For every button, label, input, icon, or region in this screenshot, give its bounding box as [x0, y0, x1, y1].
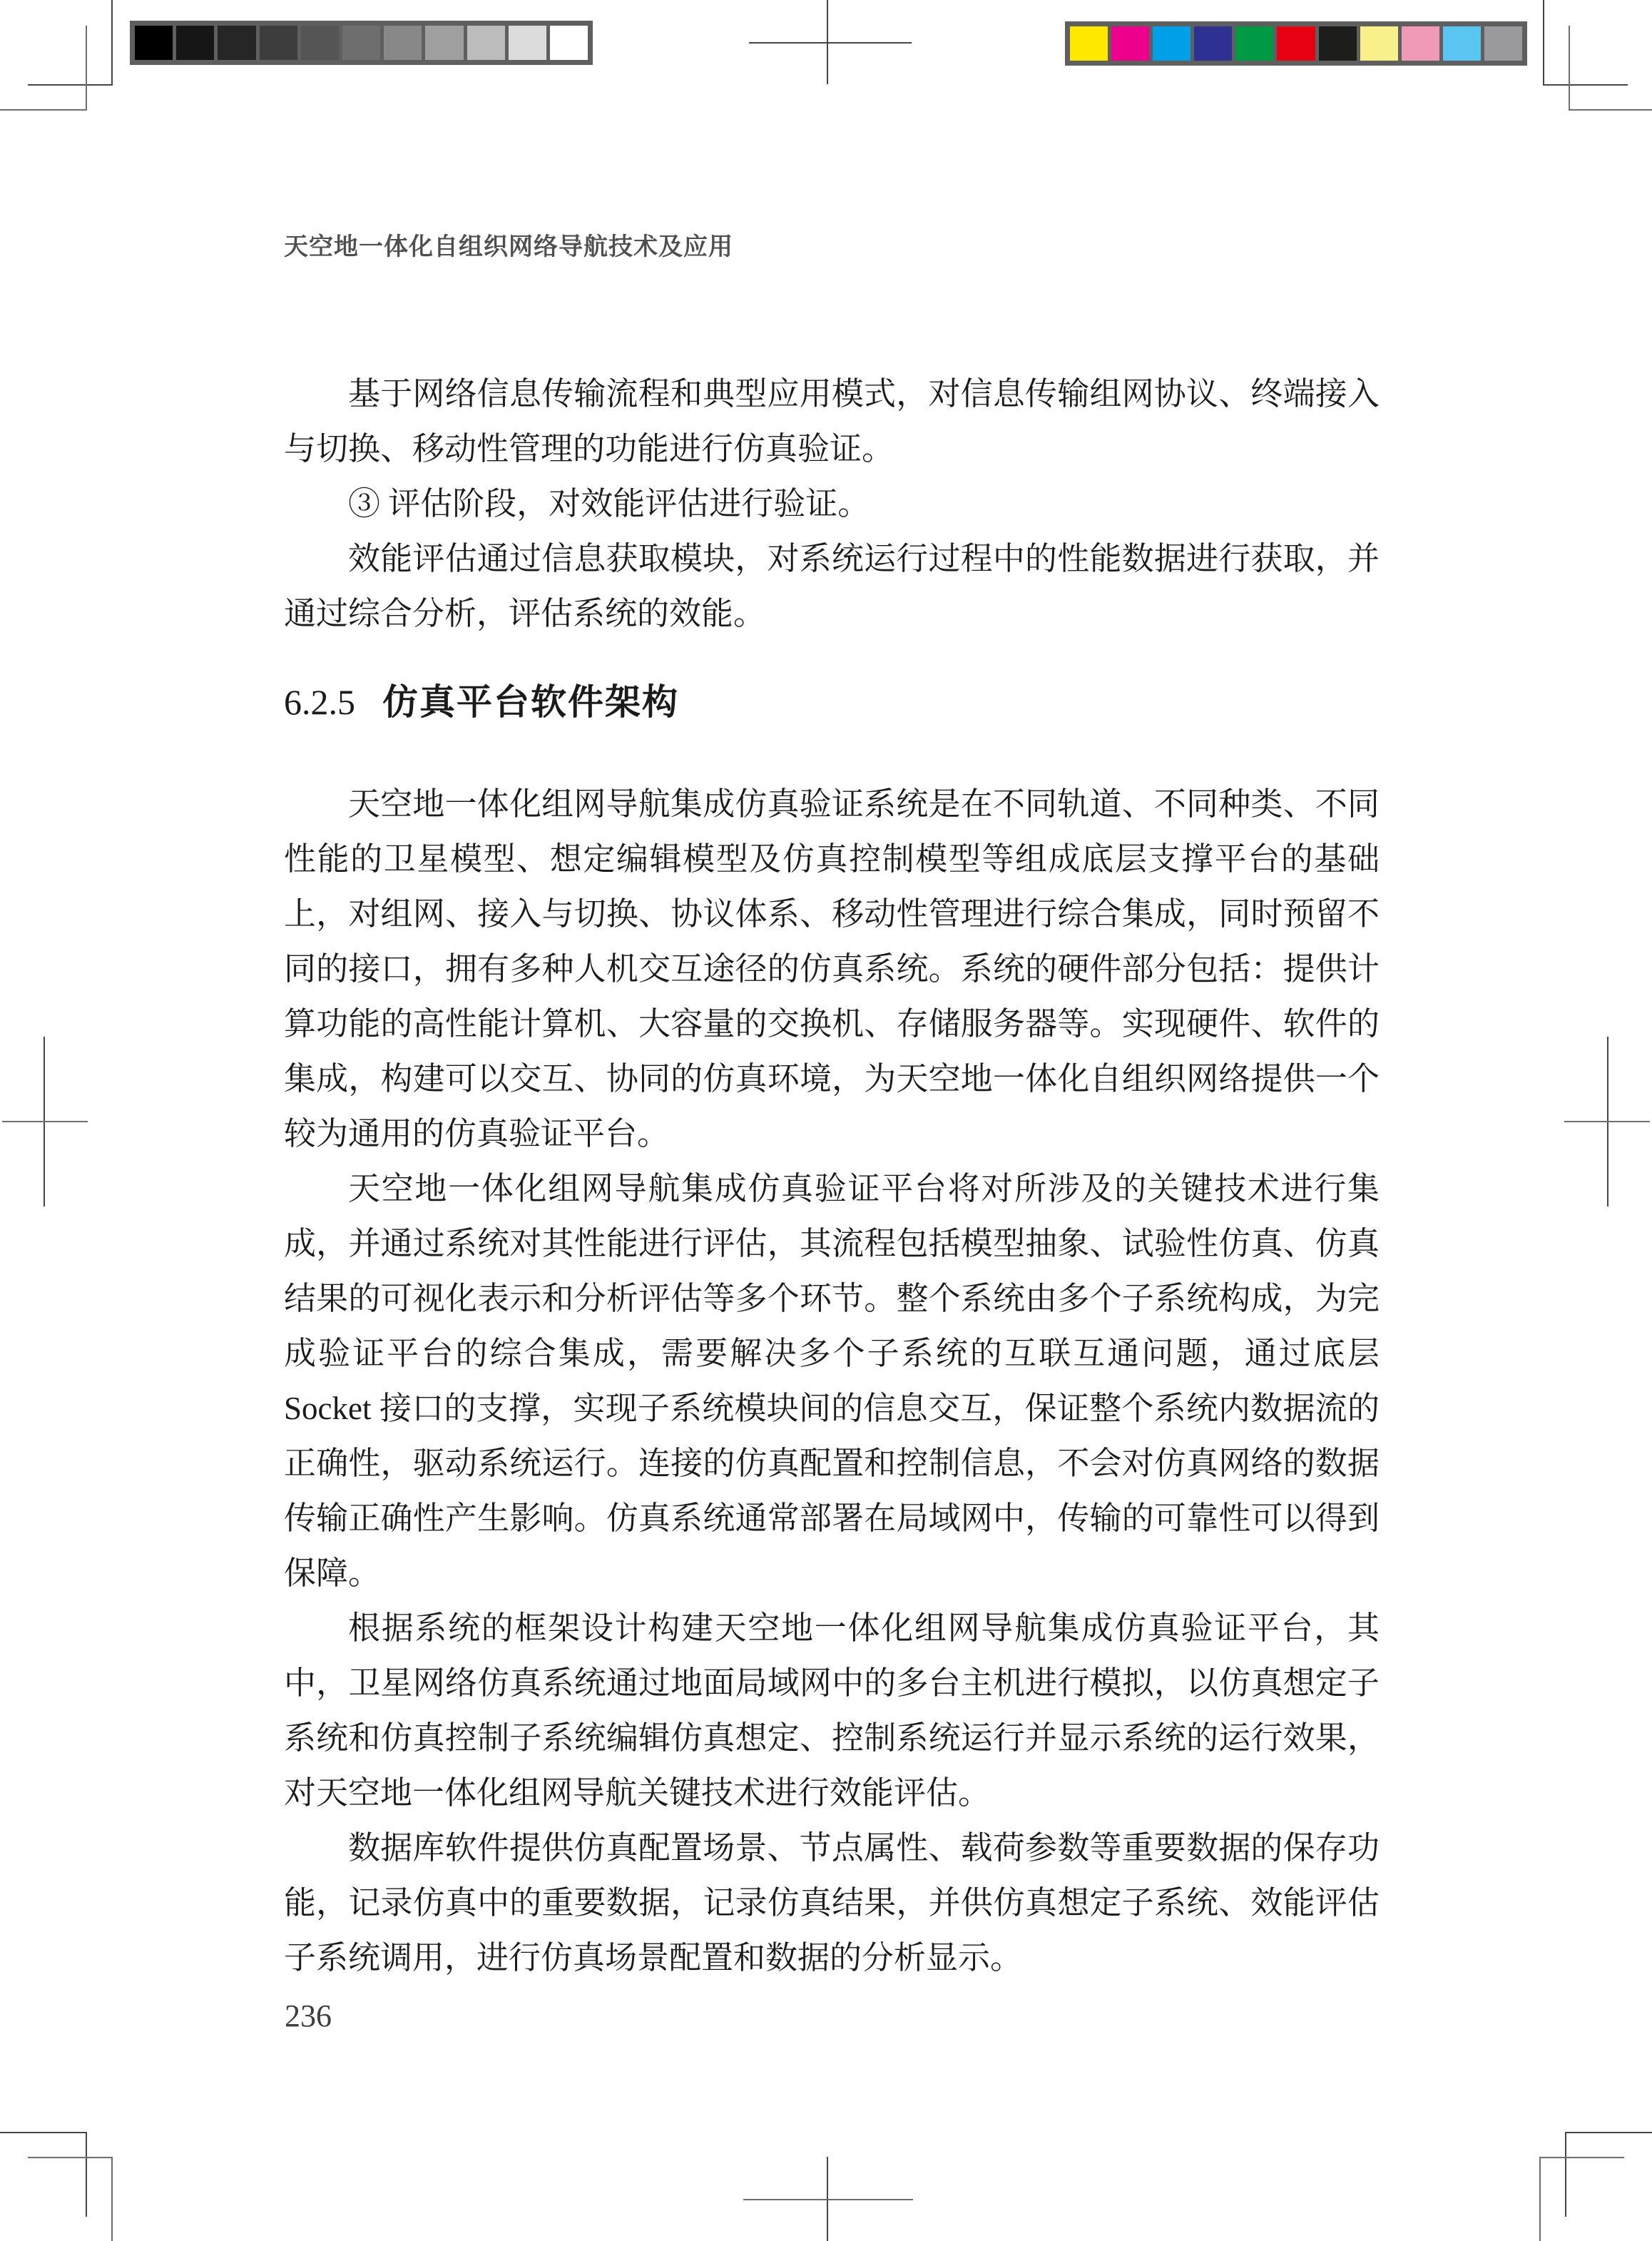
crop-mark — [86, 2132, 87, 2217]
color-swatch — [1070, 26, 1108, 61]
registration-cross — [749, 42, 912, 44]
color-swatch — [218, 26, 255, 60]
color-swatch — [384, 26, 422, 60]
crop-mark — [0, 109, 87, 111]
paragraph: 数据库软件提供仿真配置场景、节点属性、载荷参数等重要数据的保存功能，记录仿真中的… — [284, 1821, 1380, 1986]
section-heading: 6.2.5仿真平台软件架构 — [284, 681, 1380, 723]
crop-mark — [111, 2157, 113, 2241]
color-swatch — [467, 26, 505, 60]
section-number: 6.2.5 — [284, 682, 355, 722]
crop-mark — [1565, 2132, 1652, 2133]
color-swatch — [509, 26, 546, 60]
color-swatch — [342, 26, 380, 60]
color-swatch — [176, 26, 214, 60]
color-swatch — [1484, 26, 1522, 61]
crop-mark — [1539, 2157, 1624, 2158]
crop-mark — [1543, 84, 1628, 86]
color-swatch — [1194, 26, 1232, 61]
paragraph: 基于网络信息传输流程和典型应用模式，对信息传输组网协议、终端接入与切换、移动性管… — [284, 367, 1380, 477]
crop-mark — [28, 2157, 113, 2158]
color-swatch — [1319, 26, 1357, 61]
paragraph: 天空地一体化组网导航集成仿真验证平台将对所涉及的关键技术进行集成，并通过系统对其… — [284, 1162, 1380, 1601]
color-swatch — [135, 26, 173, 60]
crop-mark — [1569, 109, 1652, 111]
color-swatch — [1443, 26, 1481, 61]
paragraph: 效能评估通过信息获取模块，对系统运行过程中的性能数据进行获取，并通过综合分析，评… — [284, 532, 1380, 641]
crop-mark — [28, 84, 113, 86]
grayscale-calibration-bar — [130, 21, 593, 65]
color-swatch — [1111, 26, 1149, 61]
color-swatch — [1402, 26, 1439, 61]
crop-mark — [0, 2132, 87, 2133]
paragraph: 根据系统的框架设计构建天空地一体化组网导航集成仿真验证平台，其中，卫星网络仿真系… — [284, 1601, 1380, 1821]
registration-cross — [2, 1121, 88, 1122]
color-swatch — [260, 26, 297, 60]
crop-mark — [86, 26, 87, 111]
color-calibration-bar — [1065, 21, 1527, 66]
page-number: 236 — [285, 1998, 332, 2034]
section-title: 仿真平台软件架构 — [382, 682, 679, 722]
paragraph: 天空地一体化组网导航集成仿真验证系统是在不同轨道、不同种类、不同性能的卫星模型、… — [284, 777, 1380, 1162]
color-swatch — [1235, 26, 1273, 61]
crop-mark — [1539, 2157, 1541, 2241]
running-head: 天空地一体化自组织网络导航技术及应用 — [284, 227, 733, 262]
page-body: 基于网络信息传输流程和典型应用模式，对信息传输组网协议、终端接入与切换、移动性管… — [284, 367, 1380, 1986]
crop-mark — [111, 0, 113, 86]
color-swatch — [1360, 26, 1398, 61]
color-swatch — [550, 26, 588, 60]
book-page: 天空地一体化自组织网络导航技术及应用 基于网络信息传输流程和典型应用模式，对信息… — [0, 0, 1652, 2241]
color-swatch — [301, 26, 339, 60]
color-swatch — [425, 26, 463, 60]
crop-mark — [1543, 0, 1544, 86]
registration-cross — [743, 2199, 913, 2200]
registration-cross — [1564, 1121, 1650, 1122]
color-swatch — [1277, 26, 1315, 61]
crop-mark — [1565, 2132, 1566, 2217]
color-swatch — [1153, 26, 1190, 61]
crop-mark — [1569, 26, 1570, 111]
paragraph: ③ 评估阶段，对效能评估进行验证。 — [284, 477, 1380, 532]
